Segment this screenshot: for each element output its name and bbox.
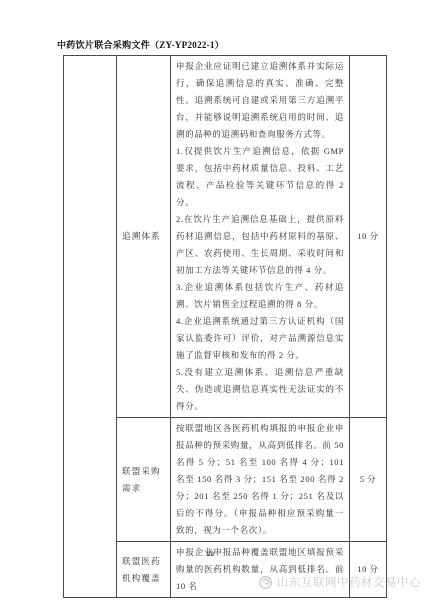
document-header-title: 中药饮片联合采购文件（ZY-YP2022-1） [57,38,224,51]
footer-watermark: 山东互联网中药材交易中心 [258,574,421,590]
criteria-cell-alliance-demand: 按联盟地区各医药机构填报的申报企业申报品种的预采购量，从高到低排名。前 50 名… [171,418,350,542]
category-cell-alliance-demand: 联盟采购需求 [117,418,171,542]
category-cell-traceability: 追溯体系 [117,56,171,418]
category-cell-institution-coverage: 联盟医药机构覆盖 [117,542,171,598]
footer-watermark-text: 山东互联网中药材交易中心 [277,574,421,590]
document-page: 中药饮片联合采购文件（ZY-YP2022-1） 追溯体系 申报企业应证明已建立追… [0,0,424,600]
score-cell-alliance-demand: 5 分 [350,418,387,542]
score-cell-traceability: 10 分 [350,56,387,418]
page-number: 28 [63,551,358,558]
table-row: 追溯体系 申报企业应证明已建立追溯体系并实际运行，确保追溯信息的真实、准确、完整… [64,56,387,418]
table-empty-spanner-cell [64,56,117,598]
criteria-cell-traceability: 申报企业应证明已建立追溯体系并实际运行，确保追溯信息的真实、准确、完整性。追溯系… [171,56,350,418]
trade-center-swirl-logo-icon [258,575,273,590]
scoring-criteria-table: 追溯体系 申报企业应证明已建立追溯体系并实际运行，确保追溯信息的真实、准确、完整… [63,55,387,598]
